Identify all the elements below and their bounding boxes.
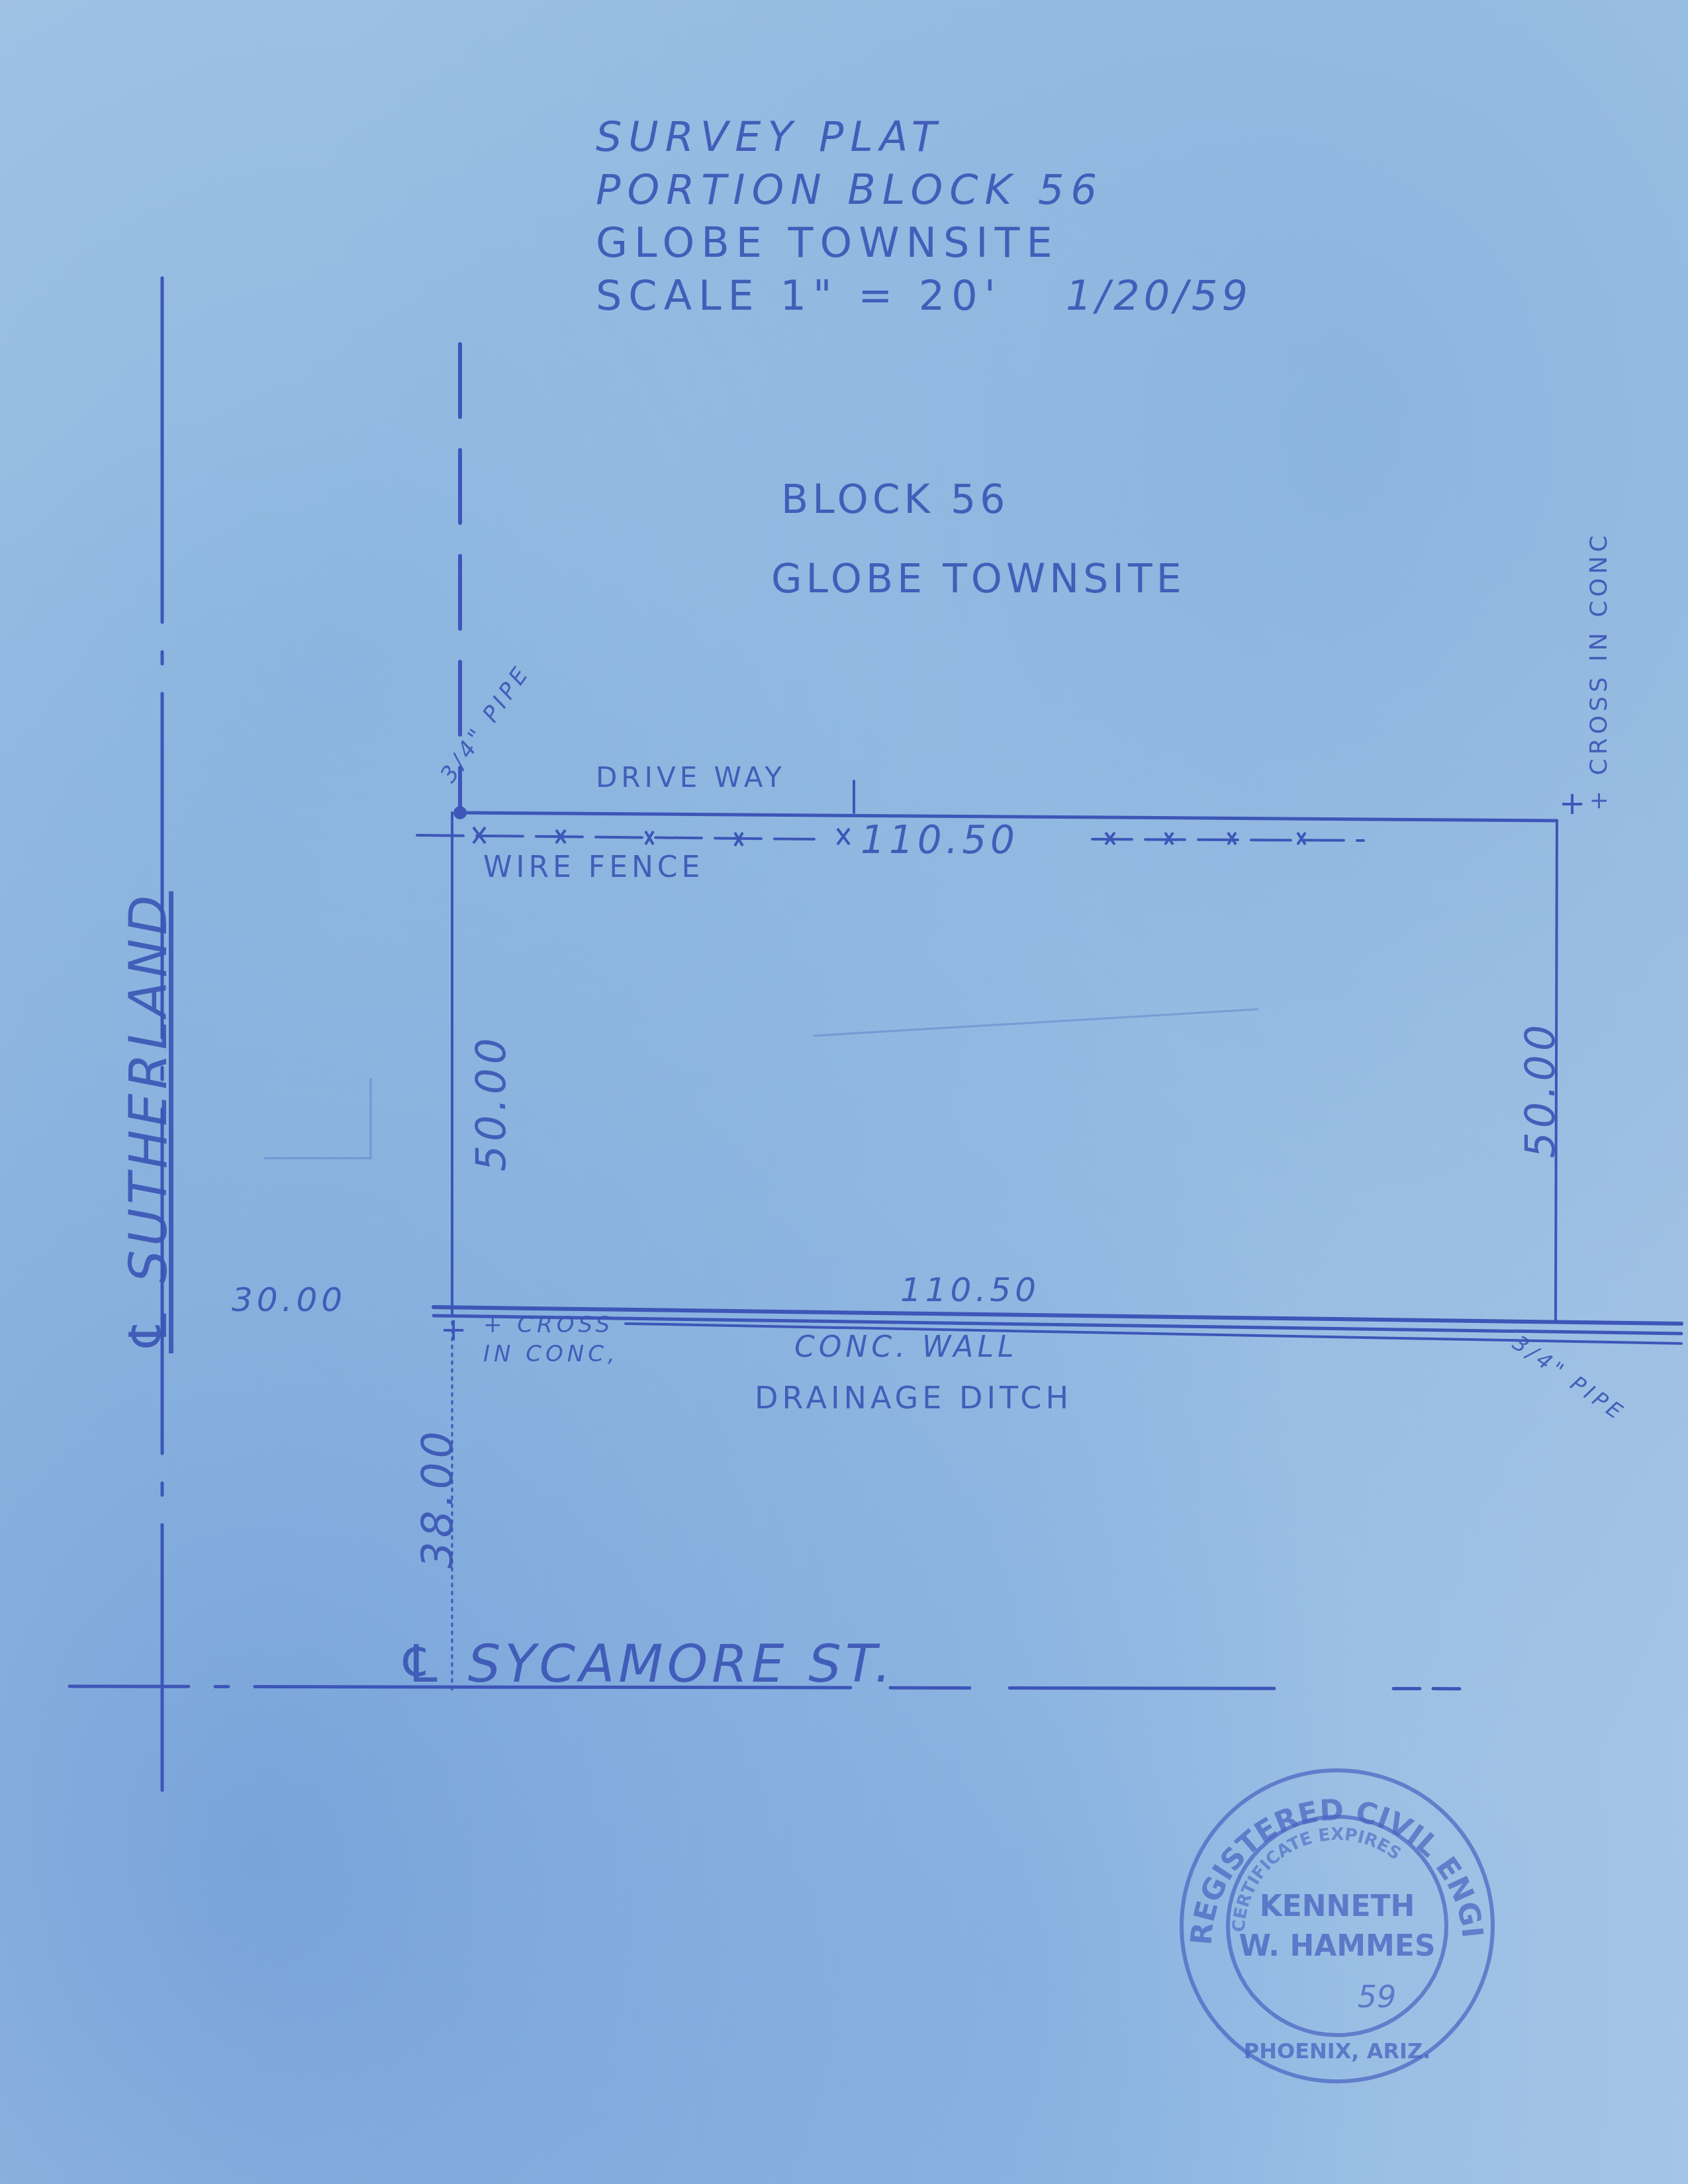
title-portion-block: PORTION BLOCK 56 bbox=[596, 165, 1103, 214]
north-dimension: 110.50 bbox=[861, 817, 1019, 862]
conc-wall-label: CONC. WALL bbox=[794, 1330, 1017, 1364]
block-label: BLOCK 56 bbox=[781, 477, 1009, 523]
sw-cross-marker: + bbox=[440, 1311, 467, 1348]
faint-pencil-marks bbox=[265, 1009, 1258, 1158]
west-offset-dimension: 30.00 bbox=[232, 1281, 346, 1319]
wire-fence-line-east bbox=[1092, 839, 1364, 841]
sycamore-street-label: ℄ SYCAMORE ST. bbox=[397, 1635, 895, 1694]
sw-cross-label: + CROSS IN CONC, bbox=[483, 1310, 635, 1369]
seal-year-mark: 59 bbox=[1205, 1979, 1549, 2015]
ne-cross-label: + CROSS IN CONC bbox=[1585, 625, 1613, 811]
title-date: 1/20/59 bbox=[1066, 271, 1252, 320]
block-townsite-label: GLOBE TOWNSITE bbox=[771, 556, 1186, 602]
driveway-label: DRIVE WAY bbox=[596, 761, 786, 794]
title-townsite: GLOBE TOWNSITE bbox=[596, 218, 1059, 267]
west-dimension: 50.00 bbox=[467, 1034, 515, 1172]
ne-cross-marker: + bbox=[1559, 785, 1585, 822]
drainage-ditch-label: DRAINAGE DITCH bbox=[755, 1380, 1072, 1416]
title-survey-plat: SURVEY PLAT bbox=[596, 113, 943, 161]
seal-name-line2: W. HAMMES bbox=[1165, 1929, 1509, 1963]
title-scale: SCALE 1" = 20' bbox=[596, 271, 1002, 320]
wire-fence-label: WIRE FENCE bbox=[483, 850, 704, 884]
sutherland-street-label: ℄ SUTHERLAND bbox=[119, 891, 179, 1353]
nw-pipe-marker bbox=[453, 806, 467, 819]
south-offset-dimension: 38.00 bbox=[414, 1428, 463, 1569]
seal-name-line1: KENNETH bbox=[1165, 1889, 1509, 1923]
seal-bottom-text: PHOENIX, ARIZ. bbox=[1165, 2038, 1509, 2064]
east-dimension: 50.00 bbox=[1516, 1021, 1564, 1159]
engineer-seal-stamp: REGISTERED CIVIL ENGINEER CERTIFICATE EX… bbox=[1165, 1747, 1509, 2091]
south-dimension: 110.50 bbox=[900, 1271, 1040, 1309]
